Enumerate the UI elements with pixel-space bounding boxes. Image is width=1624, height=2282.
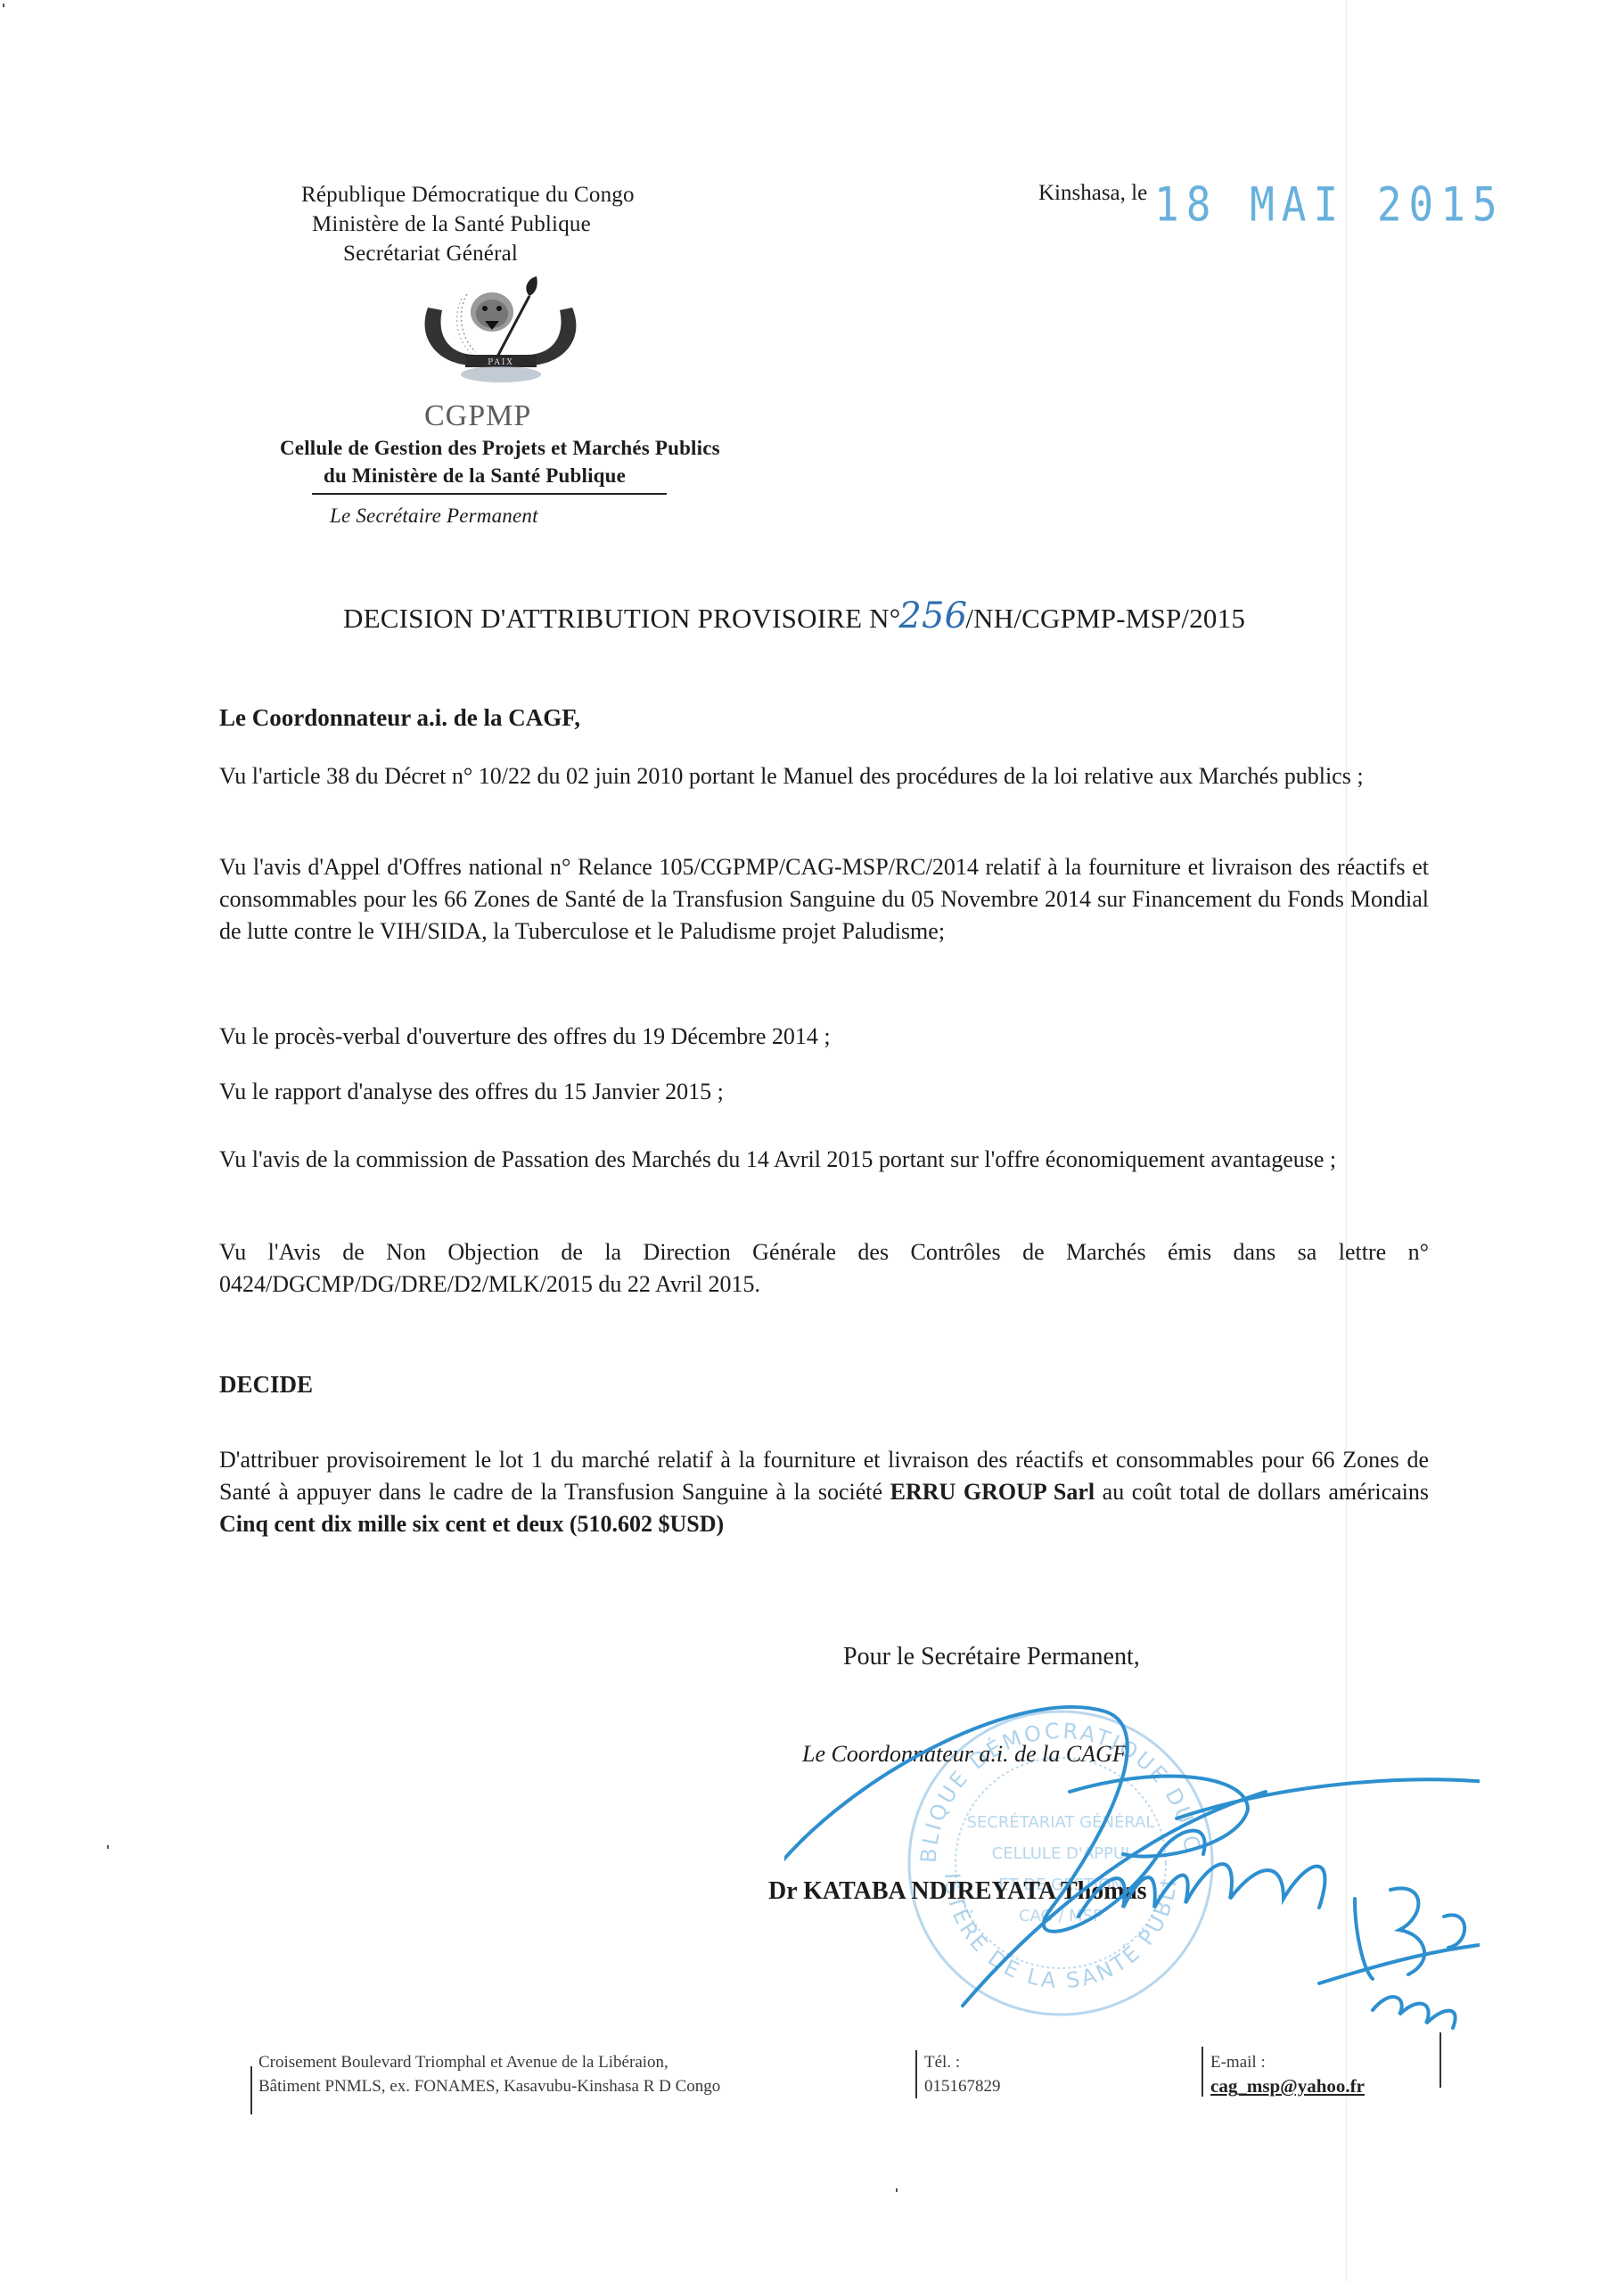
consideration-paragraph: Vu le procès-verbal d'ouverture des offr… <box>219 1021 1429 1053</box>
footer-email: E-mail : cag_msp@yahoo.fr <box>1210 2050 1365 2099</box>
footer-divider <box>250 2066 252 2114</box>
scan-speck <box>896 2188 898 2192</box>
phone-label: Tél. : <box>924 2050 1001 2074</box>
footer-phone: Tél. : 015167829 <box>924 2050 1001 2098</box>
footer-address: Croisement Boulevard Triomphal et Avenue… <box>258 2050 720 2098</box>
decision-text-middle: au coût total de dollars américains <box>1095 1479 1429 1505</box>
scan-speck <box>3 4 4 7</box>
letterhead-acronym: CGPMP <box>424 399 531 433</box>
handwritten-decision-number: 256 <box>898 595 967 636</box>
scan-speck <box>107 1845 109 1849</box>
title-suffix: /NH/CGPMP-MSP/2015 <box>965 603 1245 634</box>
handwritten-signature-icon <box>784 1676 1480 2032</box>
signatory-name: Dr KATABA NDIREYATA Thomas <box>768 1877 1147 1906</box>
letterhead-secretariat: Secrétariat Général <box>343 242 518 267</box>
scan-artifact-line <box>1346 0 1347 2282</box>
date-stamp: 18 MAI 2015 <box>1154 176 1505 232</box>
title-prefix: DECISION D'ATTRIBUTION PROVISOIRE N° <box>343 603 900 634</box>
consideration-paragraph: Vu l'avis d'Appel d'Offres national n° R… <box>219 851 1429 948</box>
email-link[interactable]: cag_msp@yahoo.fr <box>1210 2075 1365 2097</box>
signature-for-line: Pour le Secrétaire Permanent, <box>843 1643 1140 1671</box>
svg-text:PAIX: PAIX <box>488 358 514 367</box>
address-line: Croisement Boulevard Triomphal et Avenue… <box>258 2050 720 2074</box>
document-title: DECISION D'ATTRIBUTION PROVISOIRE N°256/… <box>343 595 1245 636</box>
consideration-paragraph: Vu le rapport d'analyse des offres du 15… <box>219 1076 1429 1108</box>
letterhead-signatory-title: Le Secrétaire Permanent <box>330 505 538 528</box>
phone-number: 015167829 <box>924 2074 1001 2098</box>
footer-divider <box>1439 2032 1441 2088</box>
consideration-paragraph: Vu l'avis de la commission de Passation … <box>219 1144 1429 1176</box>
consideration-paragraph: Vu l'article 38 du Décret n° 10/22 du 02… <box>219 760 1429 792</box>
svg-text:CAG / MSP: CAG / MSP <box>1019 1907 1103 1925</box>
signatory-role: Le Coordonnateur a.i. de la CAGF <box>802 1741 1127 1768</box>
svg-text:SECRÉTARIAT GÉNÉRAL: SECRÉTARIAT GÉNÉRAL <box>967 1812 1155 1832</box>
letterhead-country: République Démocratique du Congo <box>301 183 635 208</box>
drc-coat-of-arms-icon: PAIX <box>412 276 590 383</box>
consideration-paragraph: Vu l'Avis de Non Objection de la Directi… <box>219 1236 1429 1301</box>
place-date-label: Kinshasa, le <box>1038 181 1147 206</box>
address-line: Bâtiment PNMLS, ex. FONAMES, Kasavubu-Ki… <box>258 2074 720 2098</box>
svg-text:CELLULE D'APPUI: CELLULE D'APPUI <box>992 1844 1130 1863</box>
letterhead-cell-ministry: du Ministère de la Santé Publique <box>324 464 626 488</box>
decision-paragraph: D'attribuer provisoirement le lot 1 du m… <box>219 1444 1429 1540</box>
awarded-company: ERRU GROUP Sarl <box>890 1479 1095 1505</box>
svg-text:MINISTÈRE DE LA SANTÉ PUBLIQUE: MINISTÈRE DE LA SANTÉ PUBLIQUE <box>891 1694 1182 1993</box>
footer-divider <box>915 2050 917 2098</box>
svg-text:RÉPUBLIQUE DÉMOCRATIQUE DU CON: RÉPUBLIQUE DÉMOCRATIQUE DU CONGO <box>891 1694 1205 1864</box>
issuer-line: Le Coordonnateur a.i. de la CAGF, <box>219 704 580 732</box>
email-label: E-mail : <box>1210 2050 1365 2074</box>
letterhead-divider <box>312 493 667 495</box>
decide-heading: DECIDE <box>219 1371 313 1399</box>
letterhead-ministry: Ministère de la Santé Publique <box>312 212 591 237</box>
award-amount: Cinq cent dix mille six cent et deux (51… <box>219 1511 724 1537</box>
footer-divider <box>1202 2047 1203 2097</box>
letterhead-cell-name: Cellule de Gestion des Projets et Marché… <box>280 437 720 460</box>
